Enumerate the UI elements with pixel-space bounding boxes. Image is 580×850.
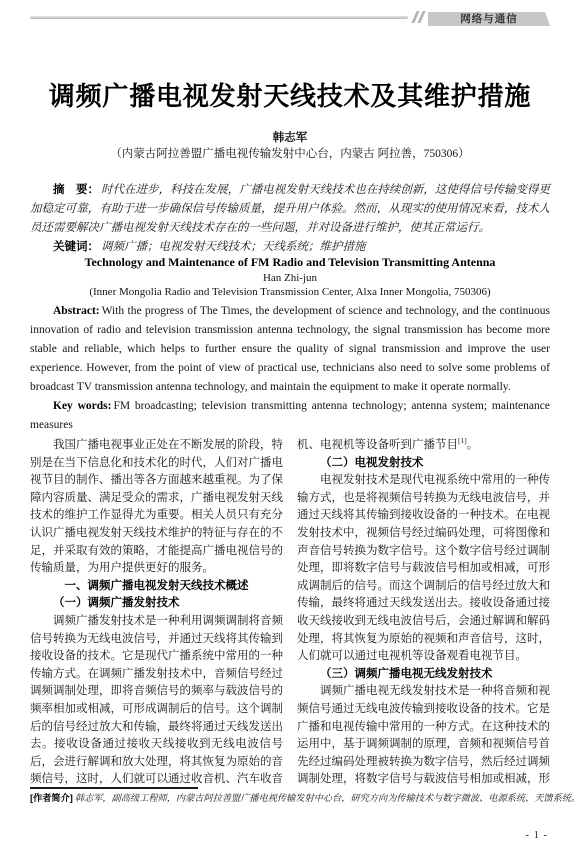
keywords-cn-label: 关键词：: [53, 241, 99, 253]
journal-page: 网络与通信 调频广播电视发射天线技术及其维护措施 韩志军 （内蒙古阿拉善盟广播电…: [0, 0, 580, 850]
subsection-heading: （二）电视发射技术: [297, 455, 550, 473]
abstract-cn-text: 时代在进步，科技在发展，广播电视发射天线技术也在持续创新，这使得信号传输变得更加…: [30, 184, 550, 234]
category-badge: 网络与通信: [428, 12, 550, 26]
footnote-text: 韩志军，副高级工程师，内蒙古阿拉善盟广播电视传输发射中心台，研究方向为传输技术与…: [75, 793, 580, 803]
body-text: 调频广播发射技术是一种利用调频调制将音频信号转换为无线电波信号，并通过天线将其传…: [30, 615, 283, 785]
english-abstract-block: Technology and Maintenance of FM Radio a…: [30, 255, 550, 435]
author-name-en: Han Zhi-jun: [30, 271, 550, 285]
keywords-en: Key words:FM broadcasting; television tr…: [30, 397, 550, 435]
body-text: （一）调频广播发射技术: [53, 597, 180, 609]
citation-ref: [1]: [458, 436, 467, 445]
body-text: 调频广播电视无线发射技术是一种将音频和视频信号通过无线电波传输到接收设备的技术。…: [297, 685, 550, 785]
header-slash-icon: [417, 11, 425, 23]
category-label: 网络与通信: [460, 14, 518, 25]
body-text: 机、电视机等设备听到广播节目: [297, 439, 458, 451]
body-text: （三）调频广播电视无线发射技术: [320, 668, 493, 680]
subsection-heading: （三）调频广播电视无线发射技术: [297, 666, 550, 684]
abstract-cn-label: 摘 要：: [53, 184, 99, 196]
author-affiliation-cn: （内蒙古阿拉善盟广播电视传输发射中心台，内蒙古 阿拉善，750306）: [0, 147, 580, 161]
abstract-en-label: Abstract:: [53, 305, 100, 317]
keywords-cn-text: 调频广播；电视发射天线技术；天线系统；维护措施: [101, 241, 366, 253]
abstract-en-text: With the progress of The Times, the deve…: [30, 305, 550, 393]
body-text: 电视发射技术是现代电视系统中常用的一种传输方式，也是将视频信号转换为无线电波信号…: [297, 474, 550, 662]
body-column-left: 我国广播电视事业正处在不断发展的阶段，特别是在当下信息化和技术化的时代，人们对广…: [30, 437, 283, 789]
article-title-en: Technology and Maintenance of FM Radio a…: [30, 255, 550, 270]
body-column-right: 机、电视机等设备听到广播节目[1]。（二）电视发射技术电视发射技术是现代电视系统…: [297, 437, 550, 789]
body-paragraph: 电视发射技术是现代电视系统中常用的一种传输方式，也是将视频信号转换为无线电波信号…: [297, 472, 550, 666]
body-text: 。: [467, 439, 479, 451]
subsection-heading: （一）调频广播发射技术: [30, 595, 283, 613]
abstract-cn: 摘 要：时代在进步，科技在发展，广播电视发射天线技术也在持续创新，这使得信号传输…: [30, 181, 550, 238]
footnote-label: [作者简介]: [30, 793, 73, 803]
section-heading: 一、调频广播电视发射天线技术概述: [30, 578, 283, 596]
author-name-cn: 韩志军: [0, 131, 580, 145]
author-bio-footnote: [作者简介]韩志军，副高级工程师，内蒙古阿拉善盟广播电视传输发射中心台，研究方向…: [30, 792, 554, 804]
author-affiliation-en: (Inner Mongolia Radio and Television Tra…: [30, 285, 550, 299]
body-text: 一、调频广播电视发射天线技术概述: [65, 580, 249, 592]
abstract-en: Abstract:With the progress of The Times,…: [30, 302, 550, 397]
footnote-rule: [30, 787, 198, 789]
chinese-abstract-block: 摘 要：时代在进步，科技在发展，广播电视发射天线技术也在持续创新，这使得信号传输…: [30, 181, 550, 257]
keywords-en-label: Key words:: [53, 400, 111, 412]
body-paragraph: 调频广播发射技术是一种利用调频调制将音频信号转换为无线电波信号，并通过天线将其传…: [30, 613, 283, 789]
body-paragraph: 机、电视机等设备听到广播节目[1]。: [297, 437, 550, 455]
article-title-cn: 调频广播电视发射天线技术及其维护措施: [0, 80, 580, 114]
body-paragraph: 我国广播电视事业正处在不断发展的阶段，特别是在当下信息化和技术化的时代，人们对广…: [30, 437, 283, 578]
header-rule: [30, 16, 408, 19]
page-number: - 1 -: [526, 830, 549, 841]
body-text: 我国广播电视事业正处在不断发展的阶段，特别是在当下信息化和技术化的时代，人们对广…: [30, 439, 283, 574]
body-text: （二）电视发射技术: [320, 457, 424, 469]
body-paragraph: 调频广播电视无线发射技术是一种将音频和视频信号通过无线电波传输到接收设备的技术。…: [297, 683, 550, 789]
